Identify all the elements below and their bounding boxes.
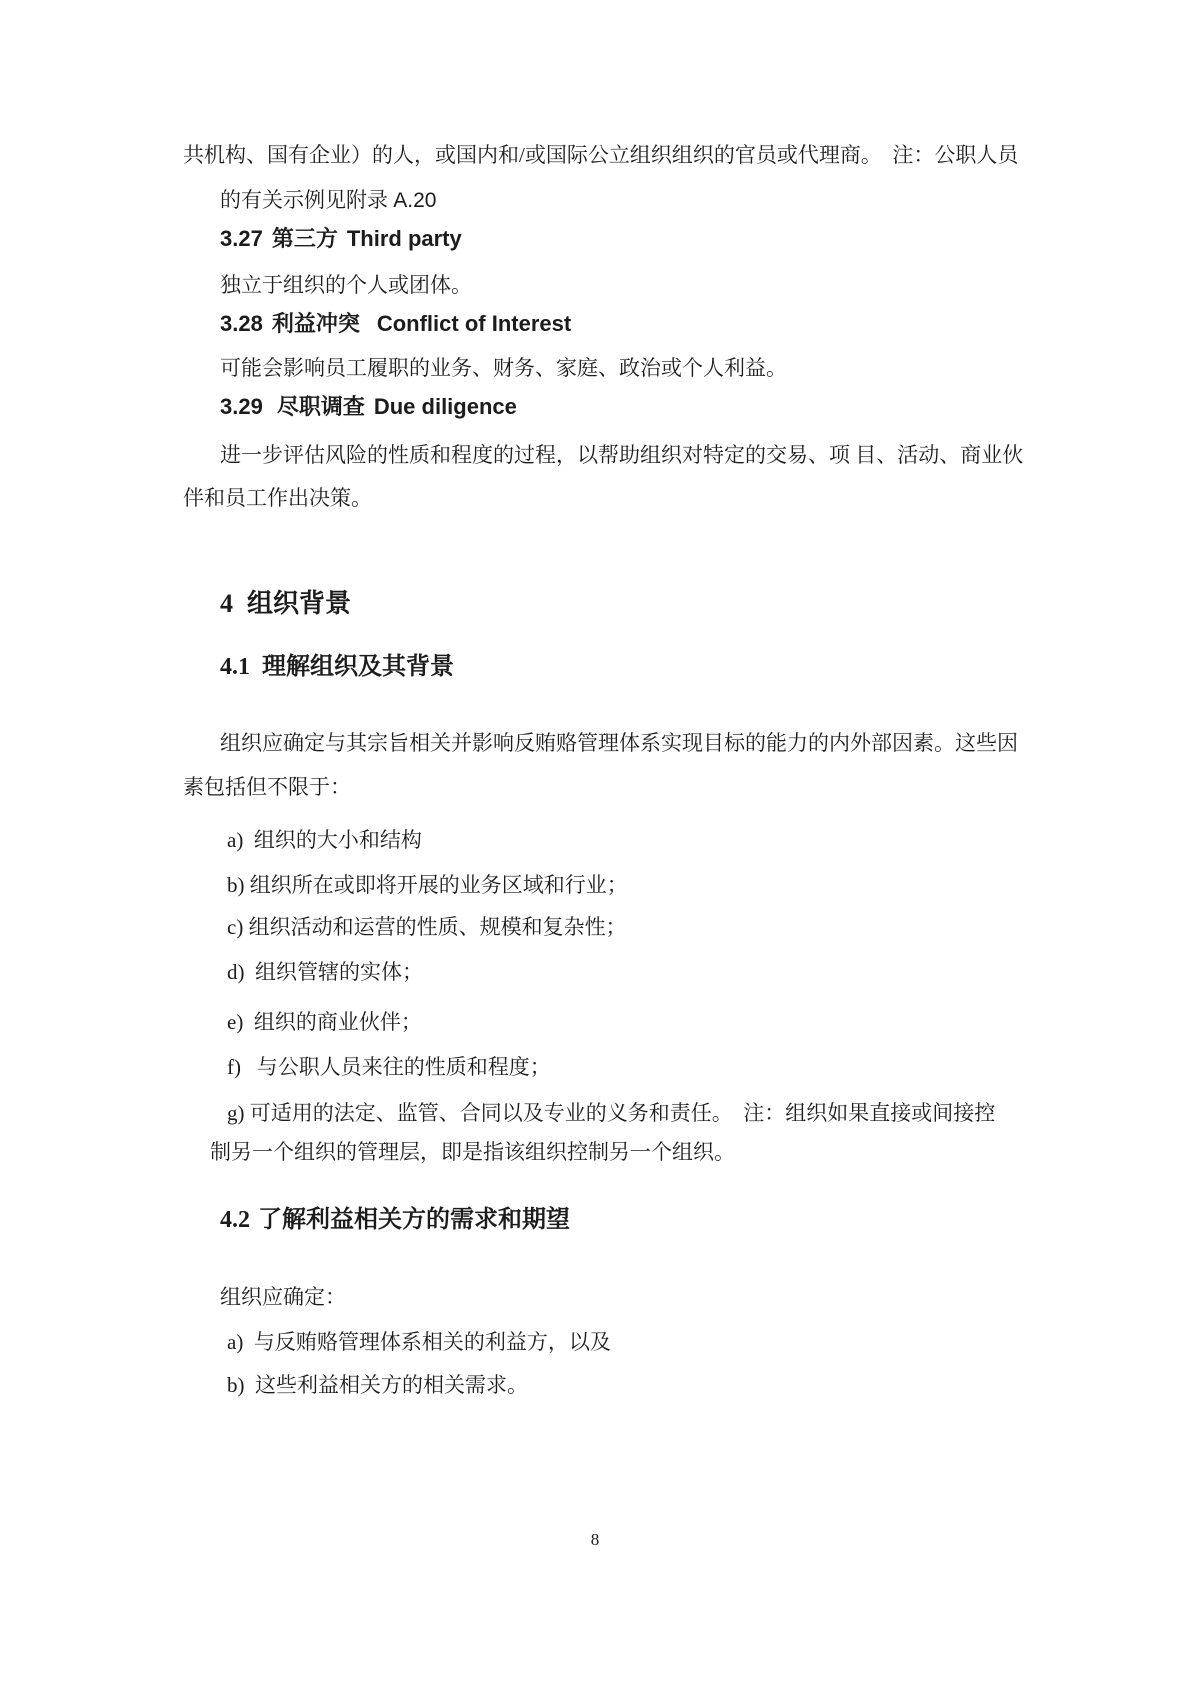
term-3-29-number: 3.29	[220, 394, 263, 419]
clause-4-1-paragraph-line-1: 组织应确定与其宗旨相关并影响反贿赂管理体系实现目标的能力的内外部因素。这些因	[220, 728, 1018, 758]
term-3-28-zh: 利益冲突	[272, 311, 360, 336]
carryover-line-2-zh: 的有关示例见附录	[220, 188, 393, 212]
term-3-27-definition: 独立于组织的个人或团体。	[220, 270, 472, 300]
clause-4-2-number: 4.2	[220, 1207, 250, 1233]
list-item-a-2: a) 与反贿赂管理体系相关的利益方，以及	[227, 1327, 611, 1357]
clause-4-1-paragraph-line-2: 素包括但不限于：	[183, 772, 351, 802]
list-item-g-line-2: 制另一个组织的管理层，即是指该组织控制另一个组织。	[210, 1137, 735, 1167]
term-3-27-number: 3.27	[220, 226, 263, 251]
term-3-28-heading: 3.28利益冲突Conflict of Interest	[220, 309, 571, 339]
clause-4-heading: 4组织背景	[220, 588, 351, 619]
document-page: 共机构、国有企业）的人，或国内和/或国际公立组织组织的官员或代理商。 注：公职人…	[0, 0, 1190, 1684]
term-3-27-zh: 第三方	[272, 226, 338, 251]
annex-reference: A.20	[393, 189, 436, 212]
term-3-28-en: Conflict of Interest	[377, 311, 571, 336]
clause-4-2-title: 了解利益相关方的需求和期望	[258, 1206, 570, 1233]
clause-4-1-number: 4.1	[220, 654, 250, 680]
carryover-line-2: 的有关示例见附录 A.20	[220, 185, 436, 216]
term-3-27-heading: 3.27第三方Third party	[220, 224, 462, 254]
term-3-29-definition-line-2: 伴和员工作出决策。	[183, 483, 372, 513]
list-item-d: d) 组织管辖的实体；	[227, 957, 423, 987]
term-3-28-definition: 可能会影响员工履职的业务、财务、家庭、政治或个人利益。	[220, 353, 787, 383]
list-item-c: c) 组织活动和运营的性质、规模和复杂性；	[227, 912, 627, 942]
clause-4-number: 4	[220, 589, 233, 618]
clause-4-title: 组织背景	[247, 588, 351, 618]
list-item-e: e) 组织的商业伙伴；	[227, 1007, 422, 1037]
clause-4-1-heading: 4.1理解组织及其背景	[220, 652, 454, 682]
clause-4-2-intro: 组织应确定：	[220, 1282, 346, 1312]
list-item-b-2: b) 这些利益相关方的相关需求。	[227, 1370, 528, 1400]
term-3-29-en: Due diligence	[374, 394, 517, 419]
list-item-g-line-1: g) 可适用的法定、监管、合同以及专业的义务和责任。 注：组织如果直接或间接控	[227, 1098, 995, 1128]
term-3-29-definition-line-1: 进一步评估风险的性质和程度的过程，以帮助组织对特定的交易、项 目、活动、商业伙	[220, 440, 1023, 470]
term-3-29-zh: 尽职调查	[277, 394, 365, 419]
clause-4-2-heading: 4.2了解利益相关方的需求和期望	[220, 1205, 570, 1235]
clause-4-1-title: 理解组织及其背景	[262, 653, 454, 680]
term-3-29-heading: 3.29尽职调查Due diligence	[220, 392, 517, 422]
term-3-28-number: 3.28	[220, 311, 263, 336]
list-item-a: a) 组织的大小和结构	[227, 825, 422, 855]
list-item-f: f) 与公职人员来往的性质和程度；	[227, 1052, 551, 1082]
term-3-27-en: Third party	[347, 226, 462, 251]
carryover-line-1: 共机构、国有企业）的人，或国内和/或国际公立组织组织的官员或代理商。 注：公职人…	[183, 140, 1018, 170]
page-number: 8	[0, 1530, 1190, 1550]
list-item-b: b) 组织所在或即将开展的业务区域和行业；	[227, 870, 628, 900]
